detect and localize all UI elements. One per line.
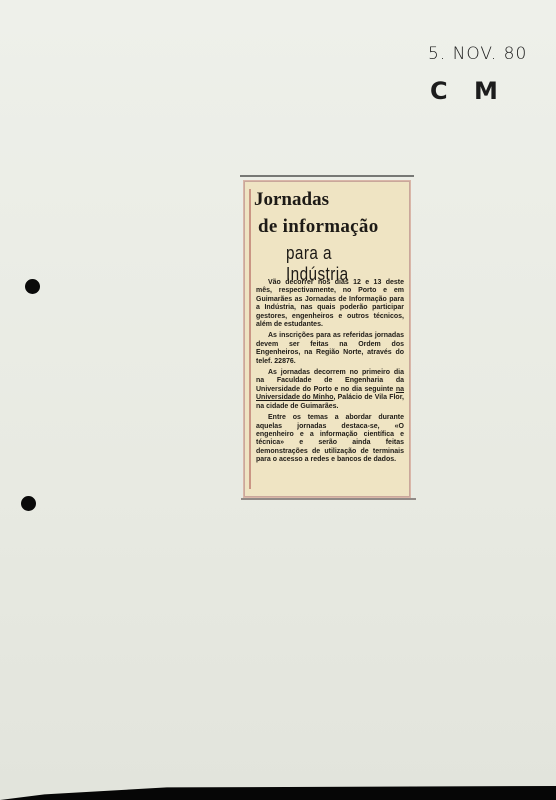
scan-bottom-edge [0,786,556,800]
clipping-border [249,189,251,489]
article-paragraph: As inscrições para as referidas jornadas… [256,332,404,366]
scanned-page: 5. NOV. 80 C M Jornadas de informação pa… [0,0,556,800]
article-body: Vão decorrer nos dias 12 e 13 deste mês,… [256,279,404,468]
headline-line-2: de informação [258,216,379,238]
headline-line-1: Jornadas [254,189,329,211]
newspaper-clipping: Jornadas de informação para a Indústria … [243,180,411,498]
article-paragraph: Vão decorrer nos dias 12 e 13 deste mês,… [256,279,404,329]
punch-hole-bottom [21,496,36,511]
article-paragraph: As jornadas decorrem no primeiro dia na … [256,369,404,411]
punch-hole-top [25,279,40,294]
handwritten-code: C M [430,77,507,105]
paragraph-text: As jornadas decorrem no primeiro dia na … [256,369,404,393]
article-paragraph: Entre os temas a abordar durante aquelas… [256,414,404,464]
handwritten-date: 5. NOV. 80 [428,44,527,64]
